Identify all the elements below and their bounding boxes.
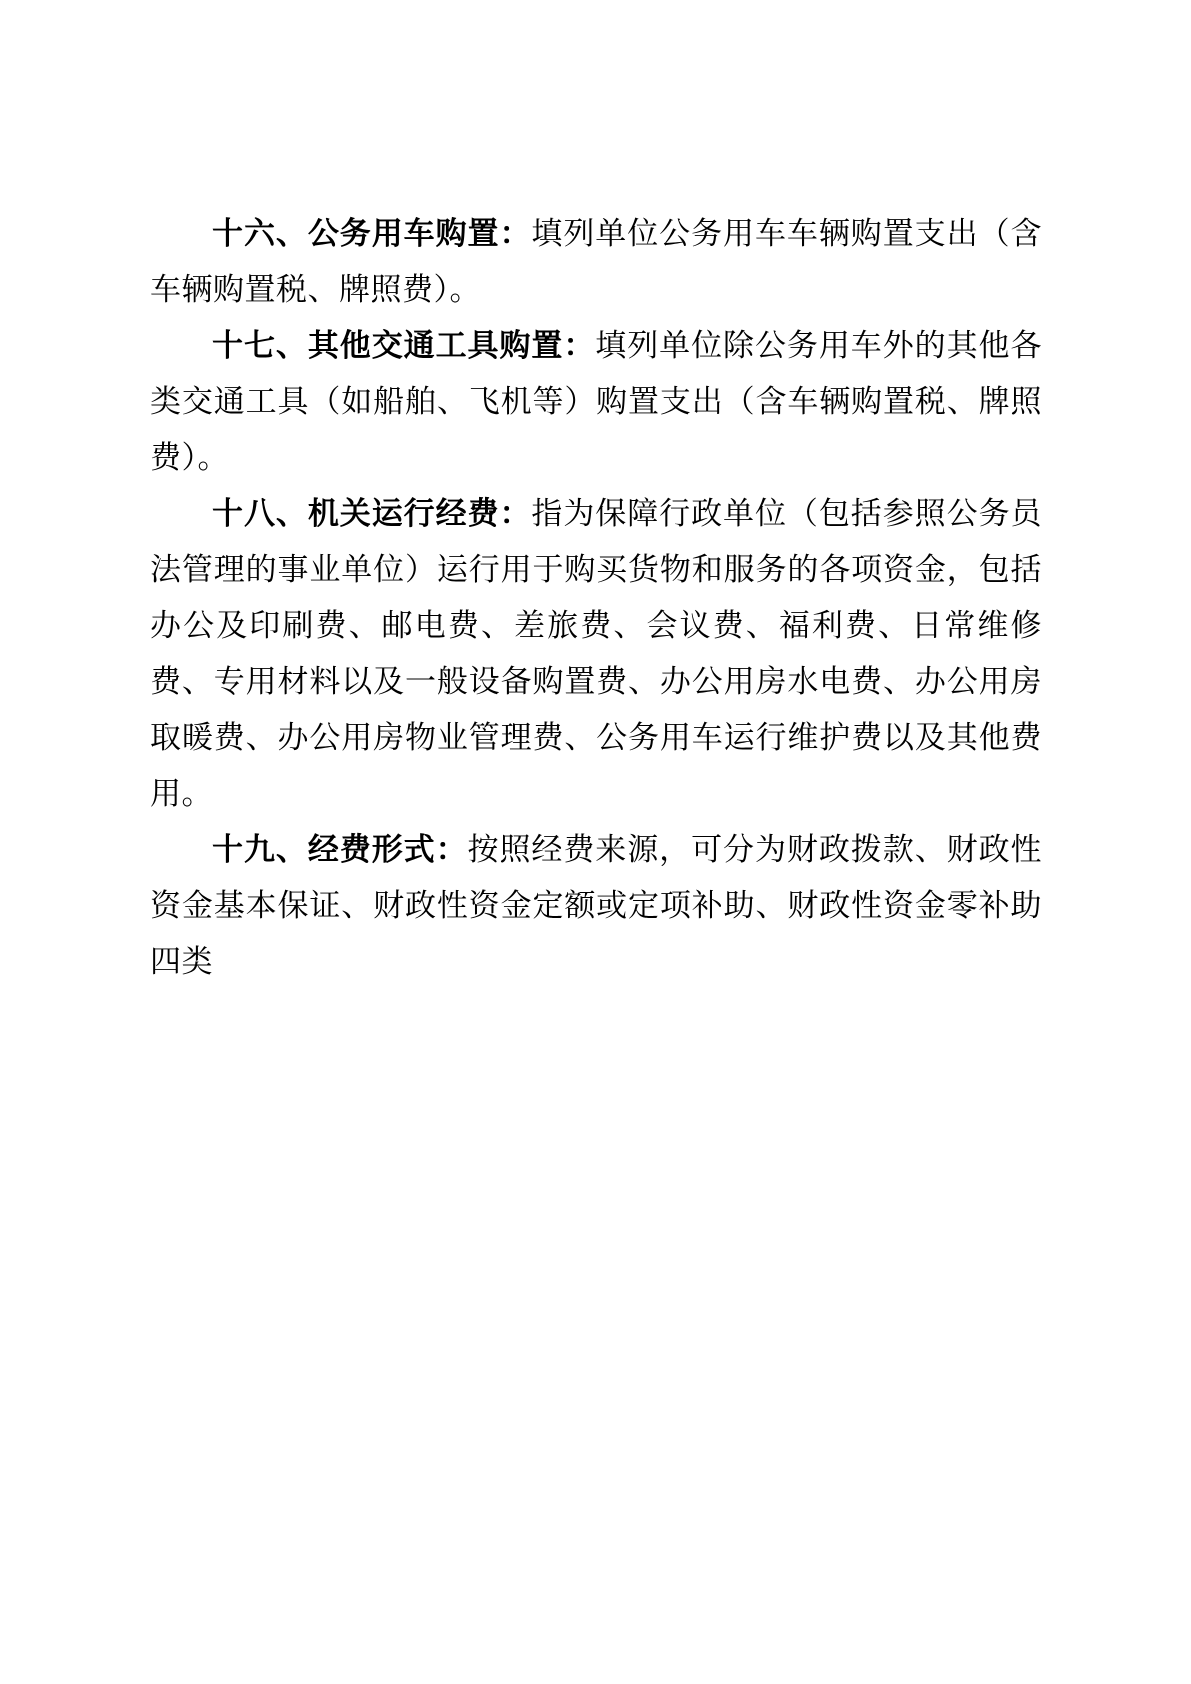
paragraph-item-18: 十八、机关运行经费：指为保障行政单位（包括参照公务员法管理的事业单位）运行用于购… [150, 486, 1042, 822]
paragraph-item-19-heading: 十九、经费形式： [212, 832, 468, 867]
document-page: 十六、公务用车购置：填列单位公务用车车辆购置支出（含车辆购置税、牌照费）。 十七… [0, 0, 1191, 1684]
paragraph-item-16-heading: 十六、公务用车购置： [212, 216, 531, 251]
paragraph-item-16: 十六、公务用车购置：填列单位公务用车车辆购置支出（含车辆购置税、牌照费）。 [150, 206, 1042, 318]
paragraph-item-18-body: 指为保障行政单位（包括参照公务员法管理的事业单位）运行用于购买货物和服务的各项资… [150, 496, 1042, 811]
paragraph-item-17: 十七、其他交通工具购置：填列单位除公务用车外的其他各类交通工具（如船舶、飞机等）… [150, 318, 1042, 486]
paragraph-item-17-heading: 十七、其他交通工具购置： [212, 328, 595, 363]
text-block: 十六、公务用车购置：填列单位公务用车车辆购置支出（含车辆购置税、牌照费）。 十七… [150, 206, 1042, 990]
paragraph-item-19: 十九、经费形式：按照经费来源，可分为财政拨款、财政性资金基本保证、财政性资金定额… [150, 822, 1042, 990]
paragraph-item-18-heading: 十八、机关运行经费： [212, 496, 531, 531]
